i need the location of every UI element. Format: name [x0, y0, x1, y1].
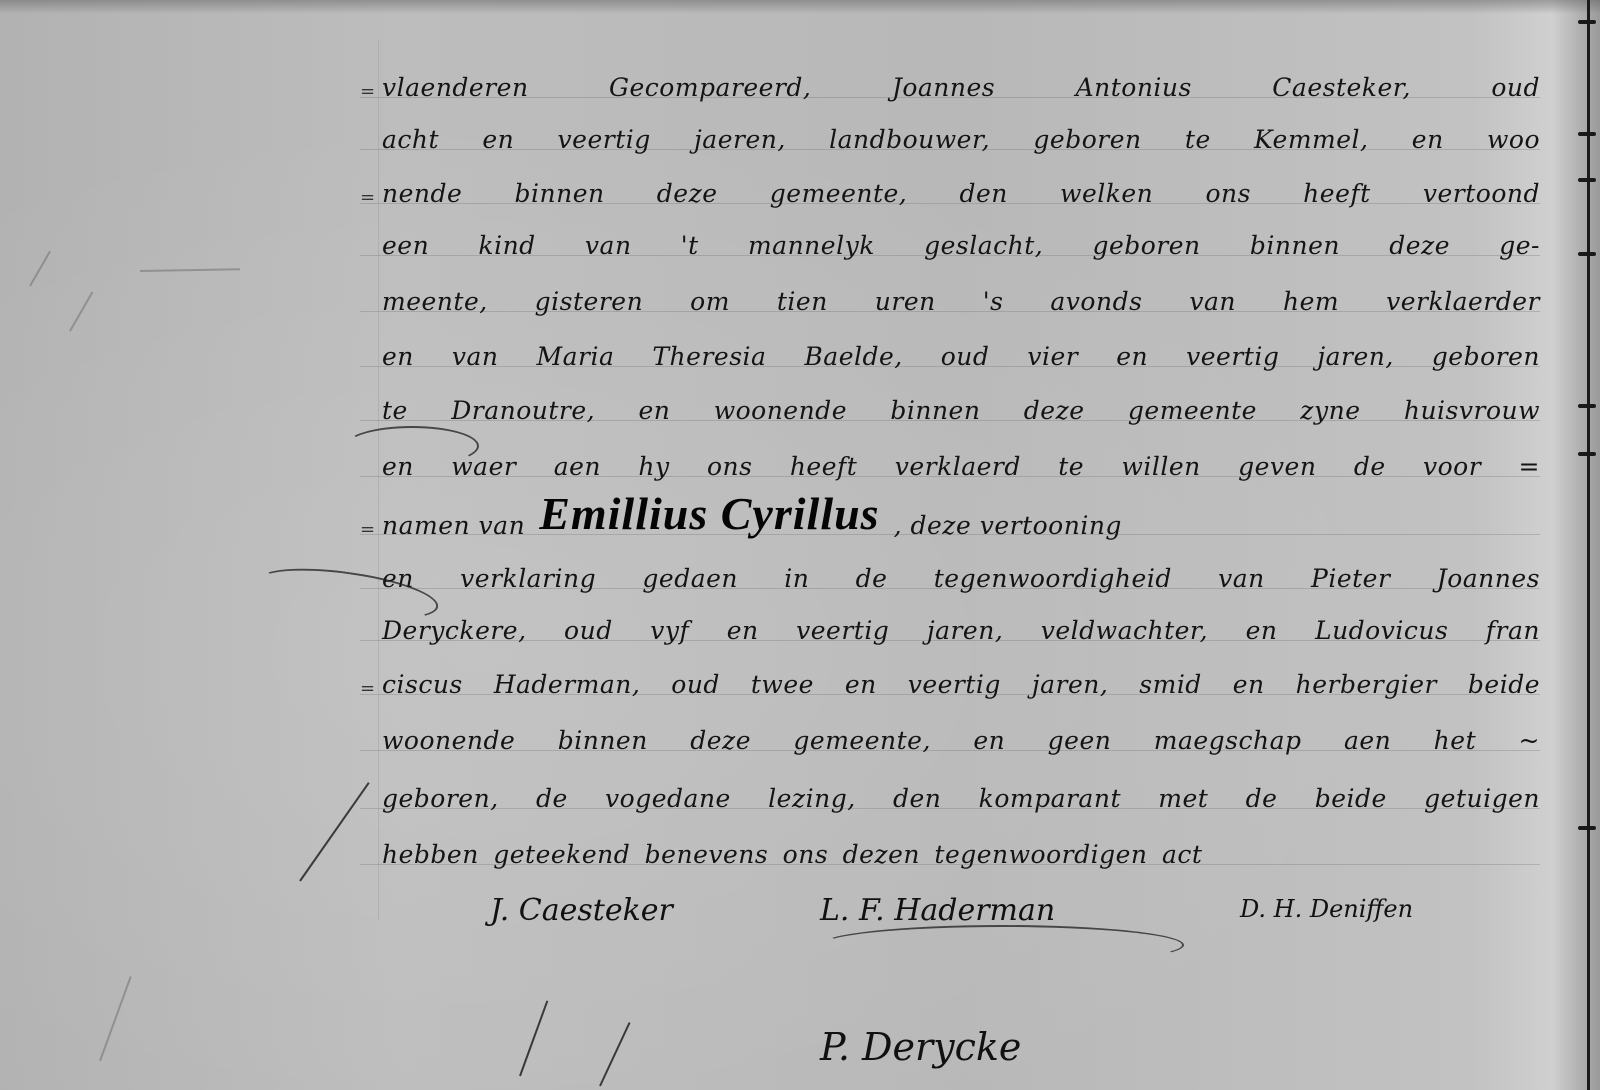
text-line: acht en veertig jaeren, landbouwer, gebo… — [360, 114, 1540, 154]
signature-witness-2: P. Derycke — [820, 1025, 1021, 1069]
scan-edge-shadow — [0, 0, 1600, 14]
text-line: = nende binnen deze gemeente, den welken… — [360, 168, 1540, 208]
line-text: woonende binnen deze gemeente, en geen m… — [382, 726, 1540, 755]
pen-flourish — [345, 426, 479, 466]
document-scan: = vlaenderen Gecompareerd, Joannes Anton… — [0, 0, 1600, 1090]
text-line: meente, gisteren om tien uren 's avonds … — [360, 276, 1540, 316]
text-line: te Dranoutre, en woonende binnen deze ge… — [360, 385, 1540, 425]
line-text: en verklaring gedaen in de tegenwoordigh… — [382, 564, 1540, 593]
text-line: geboren, de vogedane lezing, den kompara… — [360, 773, 1540, 813]
line-text-before-name: namen van — [382, 511, 525, 540]
text-line: = ciscus Haderman, oud twee en veertig j… — [360, 659, 1540, 699]
faint-mark — [29, 251, 51, 287]
line-text: en van Maria Theresia Baelde, oud vier e… — [382, 342, 1540, 371]
text-line: en waer aen hy ons heeft verklaerd te wi… — [360, 441, 1540, 481]
text-line: en van Maria Theresia Baelde, oud vier e… — [360, 331, 1540, 371]
line-marker: = — [360, 678, 382, 699]
line-marker: = — [360, 187, 382, 208]
text-line: Deryckere, oud vyf en veertig jaren, vel… — [360, 605, 1540, 645]
line-text: vlaenderen Gecompareerd, Joannes Antoniu… — [382, 73, 1540, 102]
text-line: hebben geteekend benevens ons dezen tege… — [360, 829, 1120, 869]
text-line: woonende binnen deze gemeente, en geen m… — [360, 715, 1540, 755]
line-text: een kind van 't mannelyk geslacht, gebor… — [382, 231, 1540, 260]
page-binding-edge — [1587, 0, 1590, 1090]
child-name: Emillius Cyrillus — [539, 487, 879, 540]
binding-stitch — [1578, 132, 1596, 136]
text-line-child-name: = namen van Emillius Cyrillus , deze ver… — [360, 494, 1540, 540]
signature-witness-1: L. F. Haderman — [820, 893, 1055, 928]
line-text: acht en veertig jaeren, landbouwer, gebo… — [382, 125, 1540, 154]
line-text: nende binnen deze gemeente, den welken o… — [382, 179, 1540, 208]
text-line: en verklaring gedaen in de tegenwoordigh… — [360, 553, 1540, 593]
line-marker: = — [360, 81, 382, 102]
line-text-after-name: , deze vertooning — [894, 511, 1122, 540]
line-text: meente, gisteren om tien uren 's avonds … — [382, 287, 1540, 316]
binding-stitch — [1578, 452, 1596, 456]
binding-stitch — [1578, 404, 1596, 408]
binding-stitch — [1578, 252, 1596, 256]
line-text: te Dranoutre, en woonende binnen deze ge… — [382, 396, 1540, 425]
binding-stitch — [1578, 20, 1596, 24]
signature-flourish — [820, 925, 1184, 965]
text-line: een kind van 't mannelyk geslacht, gebor… — [360, 220, 1540, 260]
line-marker: = — [360, 519, 382, 540]
signature-official: D. H. Deniffen — [1240, 895, 1413, 923]
pen-stroke — [519, 1000, 548, 1076]
line-text: geboren, de vogedane lezing, den kompara… — [382, 784, 1540, 813]
faint-mark — [69, 292, 93, 332]
line-text: en waer aen hy ons heeft verklaerd te wi… — [382, 452, 1540, 481]
line-text: hebben geteekend benevens ons dezen tege… — [382, 840, 1202, 869]
pen-stroke — [599, 1022, 630, 1086]
line-text: ciscus Haderman, oud twee en veertig jar… — [382, 670, 1540, 699]
line-text: Deryckere, oud vyf en veertig jaren, vel… — [382, 616, 1540, 645]
binding-stitch — [1578, 826, 1596, 830]
faint-mark — [99, 976, 132, 1061]
signature-father: J. Caesteker — [490, 893, 673, 928]
binding-stitch — [1578, 178, 1596, 182]
text-line: = vlaenderen Gecompareerd, Joannes Anton… — [360, 62, 1540, 102]
faint-mark — [140, 268, 240, 272]
